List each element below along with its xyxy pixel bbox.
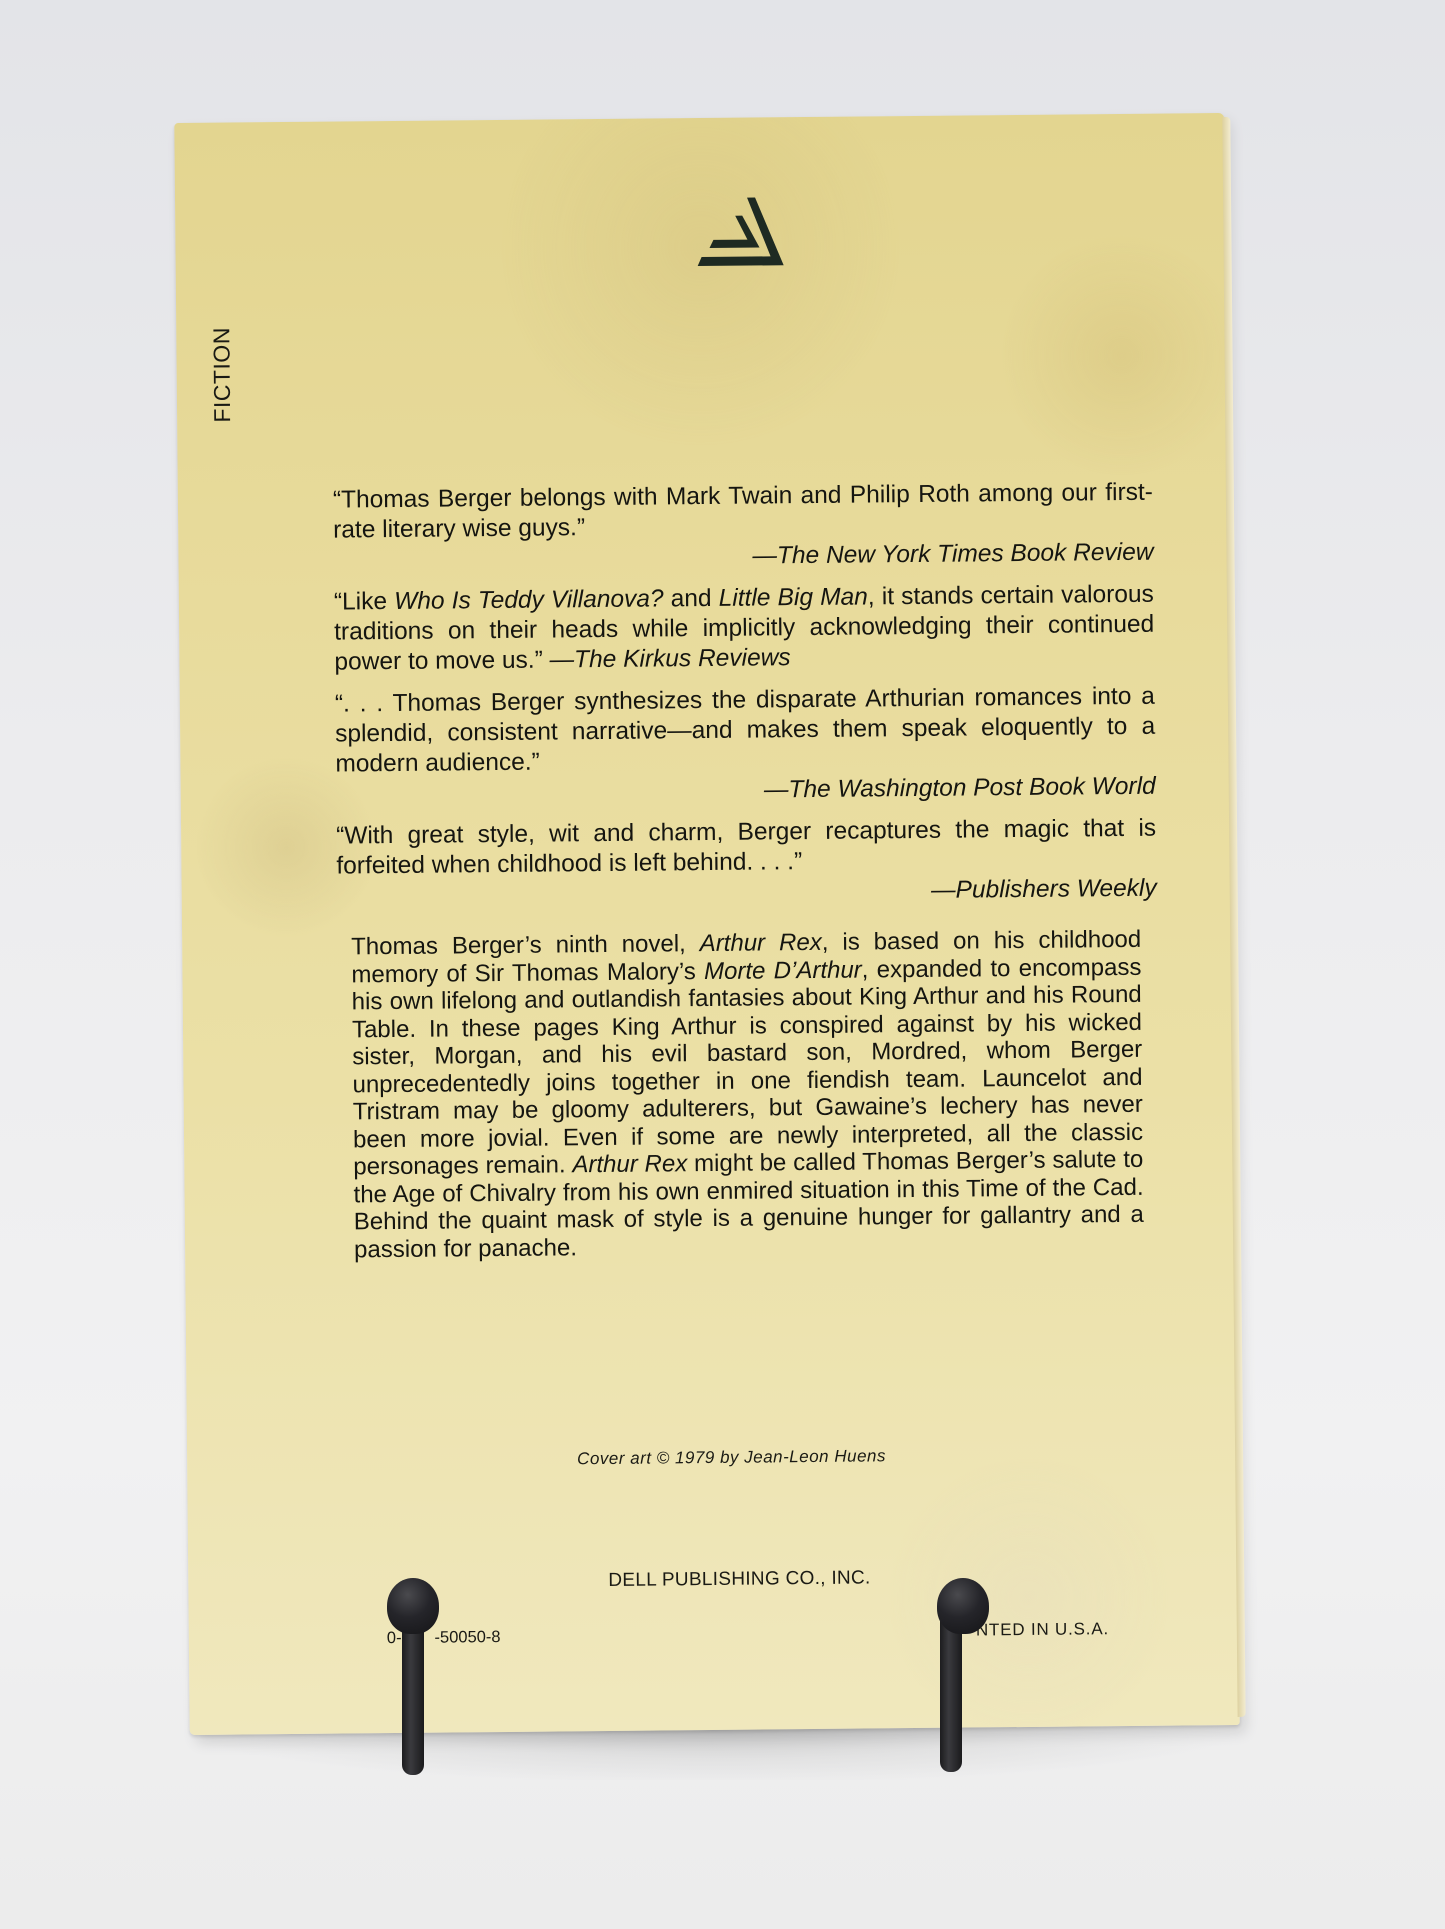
blurb-publishers-weekly: “With great style, wit and charm, Berger… <box>336 814 1157 912</box>
blurb-washington-post: “. . . Thomas Berger synthesizes the dis… <box>335 682 1156 810</box>
stand-knob-right <box>937 1578 989 1634</box>
blurbs-section: “Thomas Berger belongs with Mark Twain a… <box>333 478 1160 1264</box>
stand-peg-left <box>402 1610 424 1775</box>
stand-knob-left <box>387 1578 439 1634</box>
blurb-text: “With great style, wit and charm, Berger… <box>336 814 1157 882</box>
cover-art-credit: Cover art © 1979 by Jean-Leon Huens <box>577 1446 886 1469</box>
dell-chevron-logo-icon <box>695 193 786 274</box>
blurb-text: “Like Who Is Teddy Villanova? and Little… <box>334 580 1155 678</box>
book-page-edge <box>1222 117 1245 1717</box>
book-back-cover: FICTION “Thomas Berger belongs with Mark… <box>174 113 1239 1735</box>
blurb-source: —The Kirkus Reviews <box>549 644 790 673</box>
publisher-name: DELL PUBLISHING CO., INC. <box>608 1567 871 1592</box>
blurb-nyt: “Thomas Berger belongs with Mark Twain a… <box>333 478 1154 576</box>
blurb-text: “Thomas Berger belongs with Mark Twain a… <box>333 478 1154 546</box>
blurb-kirkus: “Like Who Is Teddy Villanova? and Little… <box>334 580 1155 678</box>
blurb-text: “. . . Thomas Berger synthesizes the dis… <box>335 682 1156 780</box>
book-description: Thomas Berger’s ninth novel, Arthur Rex,… <box>351 926 1144 1264</box>
category-label: FICTION <box>208 322 239 422</box>
stand-peg-right <box>940 1610 962 1772</box>
